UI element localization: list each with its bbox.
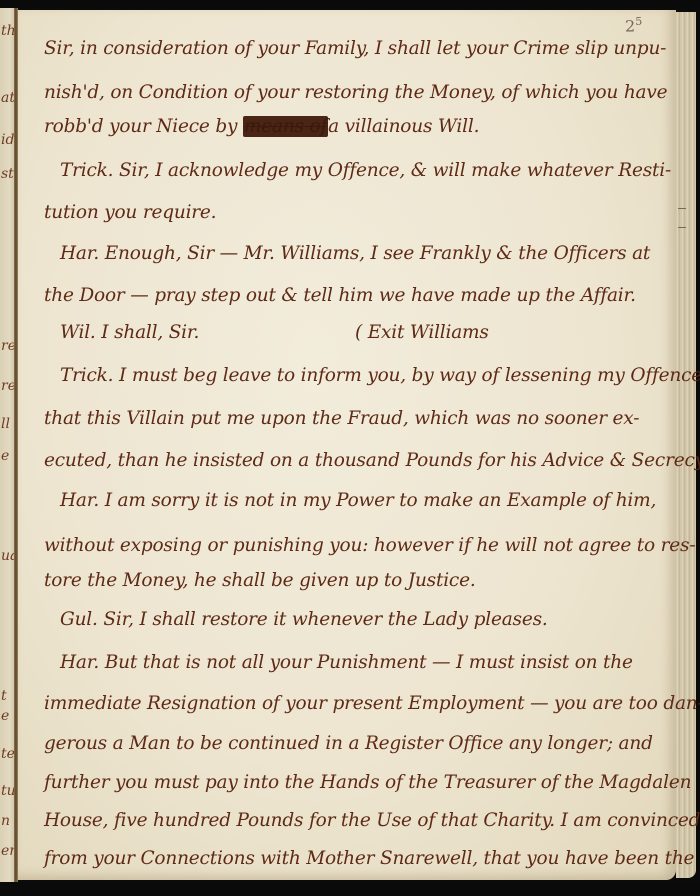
- speaker-name: Trick.: [60, 365, 113, 386]
- page-edge-stack: [676, 12, 696, 878]
- margin-fragment: te: [1, 746, 15, 762]
- page-number: 25: [625, 15, 642, 35]
- manuscript-line: robb'd your Niece by means ofa villainou…: [44, 116, 479, 137]
- margin-fragment: id: [1, 132, 14, 148]
- struck-through-word: means of: [243, 116, 328, 137]
- speaker-name: Wil.: [60, 322, 96, 343]
- dialogue-line: Trick. Sir, I acknowledge my Offence, & …: [60, 160, 671, 181]
- speaker-name: Har.: [60, 652, 99, 673]
- dialogue-line: Wil. I shall, Sir.: [60, 322, 199, 343]
- manuscript-line: immediate Resignation of your present Em…: [44, 693, 700, 714]
- manuscript-line: ecuted, than he insisted on a thousand P…: [44, 450, 700, 471]
- speaker-name: Har.: [60, 243, 99, 264]
- manuscript-line: further you must pay into the Hands of t…: [44, 772, 691, 793]
- dialogue-line: Trick. I must beg leave to inform you, b…: [60, 365, 700, 386]
- scan-bottom-border: [0, 882, 700, 896]
- dialogue-line: Gul. Sir, I shall restore it whenever th…: [60, 609, 548, 630]
- manuscript-line: that this Villain put me upon the Fraud,…: [44, 408, 639, 429]
- manuscript-line: gerous a Man to be continued in a Regist…: [44, 733, 653, 754]
- margin-fragment: at: [1, 90, 15, 106]
- stage-direction: ( Exit Williams: [355, 322, 489, 343]
- margin-fragment: t: [1, 688, 7, 704]
- manuscript-line: from your Connections with Mother Snarew…: [44, 848, 694, 869]
- scan-top-border: [0, 0, 700, 8]
- speaker-name: Gul.: [60, 609, 98, 630]
- margin-fragment: e: [1, 448, 9, 464]
- margin-fragment: n: [1, 813, 10, 829]
- manuscript-line: the Door — pray step out & tell him we h…: [44, 285, 636, 306]
- manuscript-line: without exposing or punishing you: howev…: [44, 535, 695, 556]
- manuscript-line: tution you require.: [44, 202, 216, 223]
- dialogue-line: Har. But that is not all your Punishment…: [60, 652, 633, 673]
- dialogue-line: Har. Enough, Sir — Mr. Williams, I see F…: [60, 243, 650, 264]
- manuscript-line: House, five hundred Pounds for the Use o…: [44, 810, 700, 831]
- speaker-name: Har.: [60, 490, 99, 511]
- speaker-name: Trick.: [60, 160, 113, 181]
- margin-fragment: e: [1, 708, 9, 724]
- manuscript-line: tore the Money, he shall be given up to …: [44, 570, 476, 591]
- manuscript-line: Sir, in consideration of your Family, I …: [44, 38, 666, 59]
- page-edge-marker: [678, 208, 686, 228]
- manuscript-line: nish'd, on Condition of your restoring t…: [44, 82, 667, 103]
- dialogue-line: Har. I am sorry it is not in my Power to…: [60, 490, 656, 511]
- margin-fragment: ll: [1, 416, 10, 432]
